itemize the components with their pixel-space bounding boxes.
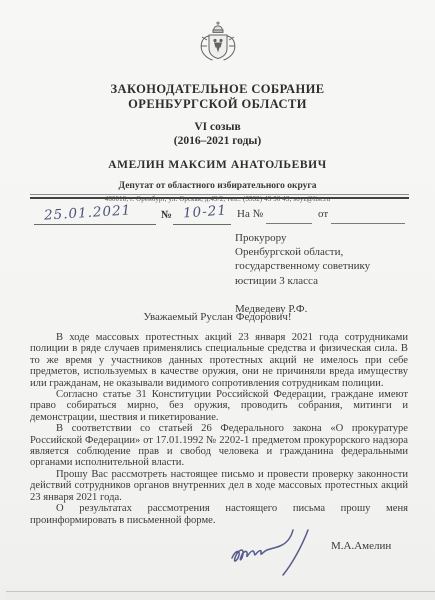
incoming-date-blank <box>331 223 405 224</box>
recipient-block: Прокурору Оренбургской области, государс… <box>235 231 370 316</box>
handwritten-date: 25.01.2021 <box>44 202 132 223</box>
body-paragraph: В ходе массовых протестных акций 23 янва… <box>30 332 408 389</box>
signer-name: М.А.Амелин <box>331 540 391 552</box>
organization-name-line1: ЗАКОНОДАТЕЛЬНОЕ СОБРАНИЕ <box>0 82 435 97</box>
deputy-role: Депутат от областного избирательного окр… <box>0 181 435 191</box>
scanned-letter-page: ЗАКОНОДАТЕЛЬНОЕ СОБРАНИЕ ОРЕНБУРГСКОЙ ОБ… <box>0 0 435 600</box>
incoming-number-blank <box>266 223 312 224</box>
body-paragraph: В соответствии со статьей 26 Федеральног… <box>30 423 408 469</box>
body-paragraph: О результатах рассмотрения настоящего пи… <box>30 503 408 526</box>
body-paragraph: Согласно статье 31 Конституции Российско… <box>30 389 408 423</box>
recipient-line: Прокурору <box>235 231 370 245</box>
letterhead: ЗАКОНОДАТЕЛЬНОЕ СОБРАНИЕ ОРЕНБУРГСКОЙ ОБ… <box>0 20 435 203</box>
incoming-number-label: На № <box>237 208 263 220</box>
recipient-line: Оренбургской области, <box>235 245 370 259</box>
date-underline <box>34 224 156 225</box>
deputy-name: АМЕЛИН МАКСИМ АНАТОЛЬЕВИЧ <box>0 159 435 171</box>
paper-bottom-edge <box>6 591 435 600</box>
letter-body: В ходе массовых протестных акций 23 янва… <box>30 332 408 526</box>
number-underline <box>173 224 231 225</box>
incoming-from-label: от <box>318 208 328 220</box>
orenburg-coat-of-arms-icon <box>195 20 241 77</box>
body-paragraph: Прошу Вас рассмотреть настоящее письмо и… <box>30 469 408 503</box>
salutation: Уважаемый Руслан Федорович! <box>0 311 435 323</box>
number-sign-label: № <box>161 209 172 221</box>
convocation: VI созыв <box>0 121 435 133</box>
organization-name-line2: ОРЕНБУРГСКОЙ ОБЛАСТИ <box>0 97 435 112</box>
recipient-line: юстиции 3 класса <box>235 274 370 288</box>
handwritten-signature-icon <box>226 524 330 583</box>
letterhead-divider-rule <box>30 194 409 199</box>
recipient-line: государственному советнику <box>235 259 370 273</box>
handwritten-outgoing-number: 10-21 <box>182 202 227 221</box>
convocation-years: (2016–2021 годы) <box>0 135 435 147</box>
